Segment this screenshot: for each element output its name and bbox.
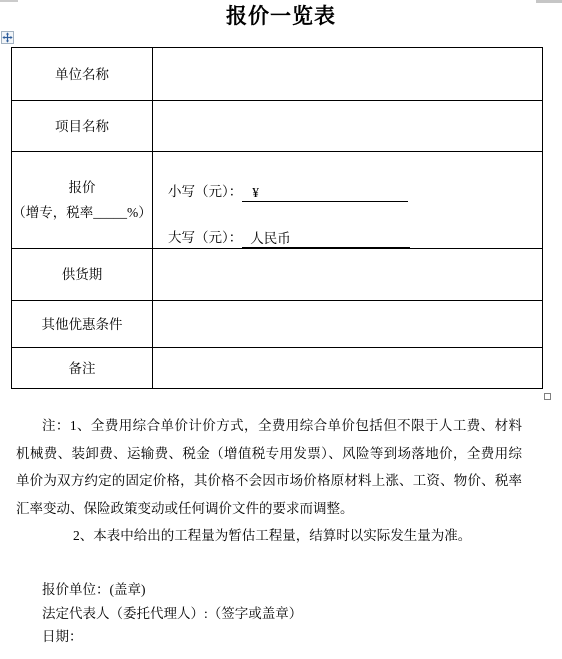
note-line: 注：1、全费用综合单价计价方式，全费用综合单价包括但不限于人工费、材料费、	[16, 412, 522, 440]
row-label-unit-name: 单位名称	[12, 48, 153, 101]
renminbi-label: 人民币	[250, 231, 291, 246]
other-conditions-value-cell[interactable]	[153, 301, 543, 348]
project-name-value-cell[interactable]	[153, 101, 543, 152]
legal-representative-line: 法定代表人（委托代理人）:（签字或盖章）	[42, 602, 302, 626]
quotation-label-line1: 报价	[12, 175, 152, 200]
quotation-table: 单位名称 项目名称 报价 （增专，税率_____%） 小写（元）：¥ 大写（元）…	[11, 47, 543, 389]
lowercase-amount-blank[interactable]: ¥	[242, 183, 408, 202]
table-row: 项目名称	[12, 101, 543, 152]
page-edge-strip-left	[0, 0, 18, 2]
table-row: 供货期	[12, 249, 543, 301]
table-row: 其他优惠条件	[12, 301, 543, 348]
table-resize-handle[interactable]	[544, 393, 551, 400]
note-line: 单价为双方约定的固定价格，其价格不会因市场价格原材料上涨、工资、物价、税率或	[16, 467, 522, 495]
lowercase-amount-line: 小写（元）：¥	[168, 182, 542, 202]
quoting-unit-line: 报价单位：(盖章)	[42, 578, 302, 602]
table-row: 报价 （增专，税率_____%） 小写（元）：¥ 大写（元）：人民币	[12, 152, 543, 249]
signature-block: 报价单位：(盖章) 法定代表人（委托代理人）:（签字或盖章） 日期：	[42, 578, 302, 649]
note-line: 2、本表中给出的工程量为暂估工程量，结算时以实际发生量为准。	[16, 522, 522, 550]
row-label-other-conditions: 其他优惠条件	[12, 301, 153, 348]
uppercase-yuan-label: 大写（元）：	[168, 230, 242, 245]
uppercase-amount-blank[interactable]: 人民币	[242, 229, 410, 248]
four-way-arrow-icon	[2, 32, 13, 43]
page-title: 报价一览表	[0, 3, 562, 29]
note-line: 机械费、装卸费、运输费、税金（增值税专用发票）、风险等到场落地价，全费用综合	[16, 440, 522, 468]
lowercase-yuan-label: 小写（元）：	[168, 184, 242, 199]
row-label-remarks: 备注	[12, 348, 153, 389]
table-row: 单位名称	[12, 48, 543, 101]
row-label-delivery-period: 供货期	[12, 249, 153, 301]
table-row: 备注	[12, 348, 543, 389]
uppercase-amount-line: 大写（元）：人民币	[168, 228, 542, 248]
quotation-label-line2: （增专，税率_____%）	[12, 200, 152, 225]
delivery-period-value-cell[interactable]	[153, 249, 543, 301]
table-move-handle[interactable]	[1, 31, 14, 44]
row-label-quotation: 报价 （增专，税率_____%）	[12, 152, 153, 249]
yen-sign: ¥	[252, 185, 259, 200]
quotation-value-cell[interactable]: 小写（元）：¥ 大写（元）：人民币	[153, 152, 543, 249]
notes-section: 注：1、全费用综合单价计价方式，全费用综合单价包括但不限于人工费、材料费、 机械…	[16, 412, 522, 550]
note-line: 汇率变动、保险政策变动或任何调价文件的要求而调整。	[16, 495, 522, 523]
date-line: 日期：	[42, 625, 302, 649]
row-label-project-name: 项目名称	[12, 101, 153, 152]
remarks-value-cell[interactable]	[153, 348, 543, 389]
unit-name-value-cell[interactable]	[153, 48, 543, 101]
